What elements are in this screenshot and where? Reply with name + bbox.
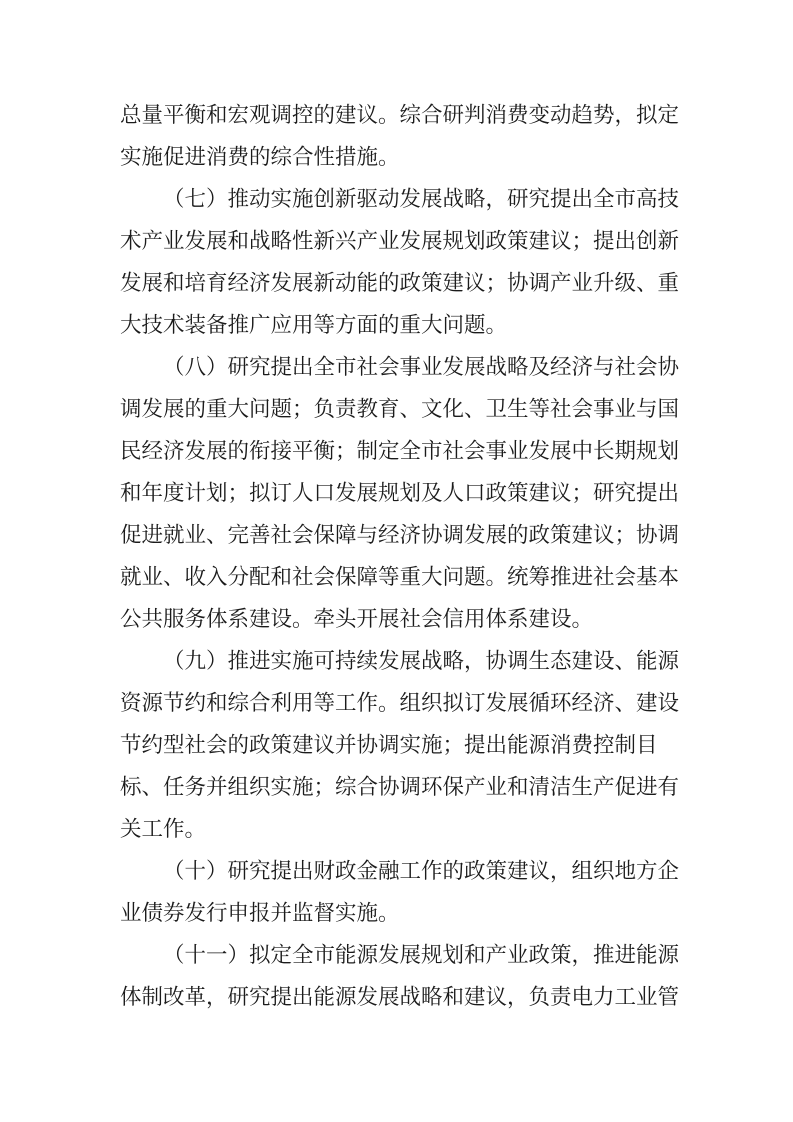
text-line: 关工作。	[120, 808, 686, 850]
text-line: 术产业发展和战略性新兴产业发展规划政策建议；提出创新	[120, 220, 686, 262]
text-line: 民经济发展的衔接平衡；制定全市社会事业发展中长期规划	[120, 430, 686, 472]
document-page: 总量平衡和宏观调控的建议。综合研判消费变动趋势，拟定实施促进消费的综合性措施。（…	[0, 0, 793, 1122]
text-line: 节约型社会的政策建议并协调实施；提出能源消费控制目	[120, 724, 686, 766]
text-line: 体制改革，研究提出能源发展战略和建议，负责电力工业管	[120, 976, 686, 1018]
text-line: 和年度计划；拟订人口发展规划及人口政策建议；研究提出	[120, 472, 686, 514]
text-line: （十一）拟定全市能源发展规划和产业政策，推进能源	[120, 934, 686, 976]
text-line: 就业、收入分配和社会保障等重大问题。统筹推进社会基本	[120, 556, 686, 598]
text-line: 实施促进消费的综合性措施。	[120, 136, 686, 178]
text-line: （八）研究提出全市社会事业发展战略及经济与社会协	[120, 346, 686, 388]
text-line: 总量平衡和宏观调控的建议。综合研判消费变动趋势，拟定	[120, 94, 686, 136]
text-line: 资源节约和综合利用等工作。组织拟订发展循环经济、建设	[120, 682, 686, 724]
text-line: （十）研究提出财政金融工作的政策建议，组织地方企	[120, 850, 686, 892]
text-line: 调发展的重大问题；负责教育、文化、卫生等社会事业与国	[120, 388, 686, 430]
text-line: 促进就业、完善社会保障与经济协调发展的政策建议；协调	[120, 514, 686, 556]
text-line: （七）推动实施创新驱动发展战略，研究提出全市高技	[120, 178, 686, 220]
text-line: 业债券发行申报并监督实施。	[120, 892, 686, 934]
text-line: 公共服务体系建设。牵头开展社会信用体系建设。	[120, 598, 686, 640]
text-line: 大技术装备推广应用等方面的重大问题。	[120, 304, 686, 346]
text-line: 发展和培育经济发展新动能的政策建议；协调产业升级、重	[120, 262, 686, 304]
document-body: 总量平衡和宏观调控的建议。综合研判消费变动趋势，拟定实施促进消费的综合性措施。（…	[120, 94, 686, 1018]
text-line: 标、任务并组织实施；综合协调环保产业和清洁生产促进有	[120, 766, 686, 808]
text-line: （九）推进实施可持续发展战略，协调生态建设、能源	[120, 640, 686, 682]
